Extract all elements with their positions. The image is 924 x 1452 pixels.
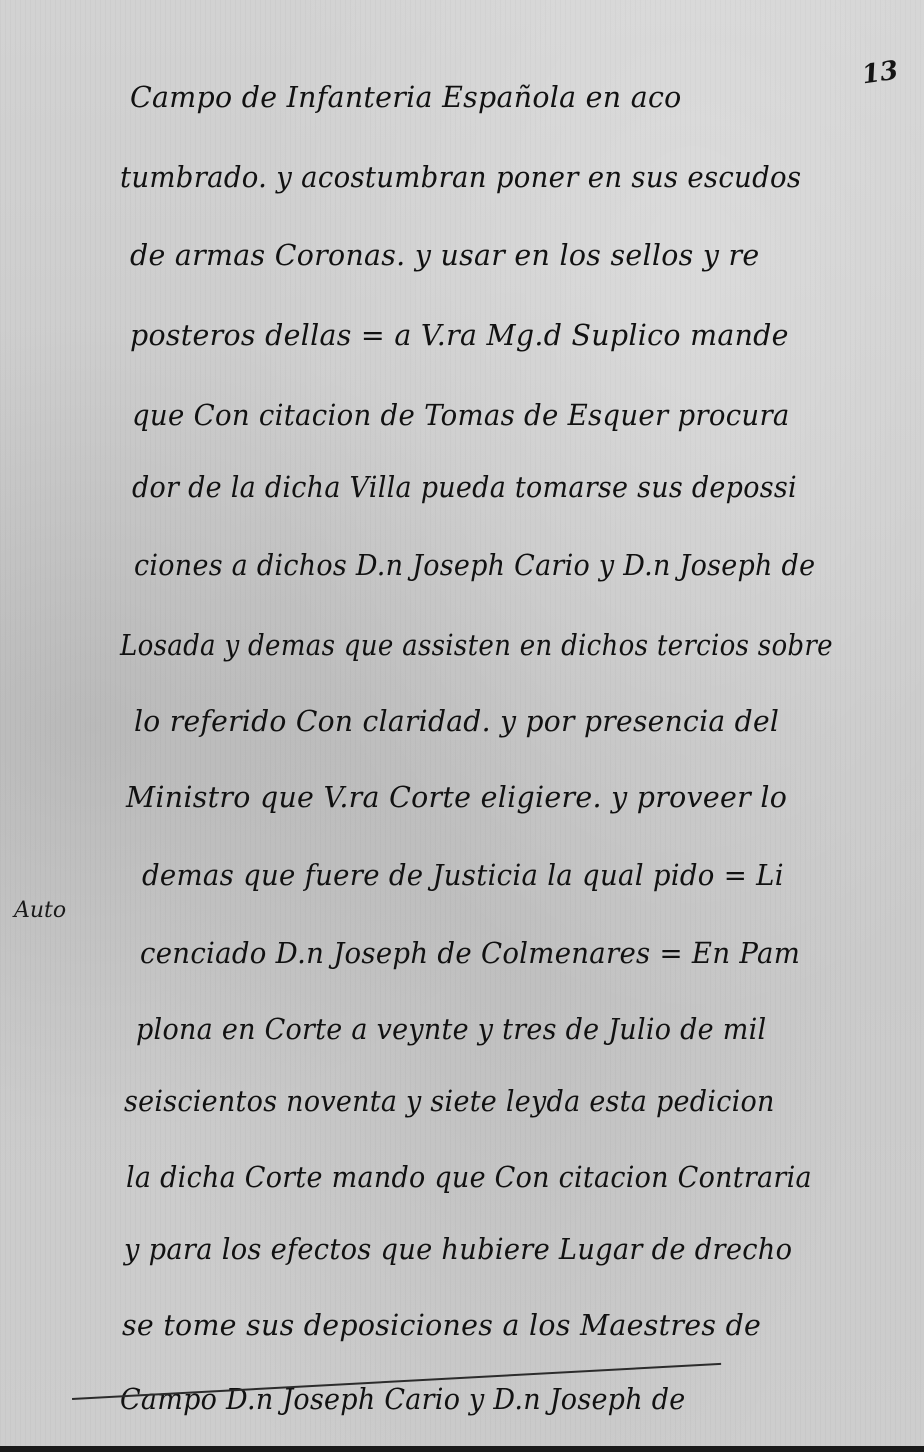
manuscript-page: 13 Auto Campo de Infanteria Española en … [0, 0, 924, 1452]
manuscript-line: seiscientos noventa y siete leyda esta p… [124, 1084, 775, 1118]
manuscript-line: Losada y demas que assisten en dichos te… [120, 628, 833, 662]
folio-number: 13 [860, 56, 900, 91]
manuscript-line: demas que fuere de Justicia la qual pido… [142, 858, 784, 892]
manuscript-line: tumbrado. y acostumbran poner en sus esc… [120, 160, 801, 194]
manuscript-line: la dicha Corte mando que Con citacion Co… [126, 1160, 812, 1194]
manuscript-line: posteros dellas = a V.ra Mg.d Suplico ma… [130, 318, 789, 352]
manuscript-line: dor de la dicha Villa pueda tomarse sus … [132, 470, 797, 504]
manuscript-line: que Con citacion de Tomas de Esquer proc… [132, 398, 790, 432]
manuscript-line: de armas Coronas. y usar en los sellos y… [130, 238, 760, 272]
manuscript-line: plona en Corte a veynte y tres de Julio … [136, 1012, 766, 1046]
manuscript-line: Campo de Infanteria Española en aco [130, 80, 682, 114]
manuscript-line: cenciado D.n Joseph de Colmenares = En P… [140, 936, 800, 970]
margin-note-auto: Auto [14, 898, 66, 923]
manuscript-line: Campo D.n Joseph Cario y D.n Joseph de [120, 1382, 686, 1416]
manuscript-line: Ministro que V.ra Corte eligiere. y prov… [126, 780, 787, 814]
manuscript-line: se tome sus deposiciones a los Maestres … [122, 1308, 761, 1342]
manuscript-line: y para los efectos que hubiere Lugar de … [124, 1232, 792, 1266]
manuscript-line: lo referido Con claridad. y por presenci… [134, 704, 779, 738]
manuscript-line: ciones a dichos D.n Joseph Cario y D.n J… [134, 548, 815, 582]
